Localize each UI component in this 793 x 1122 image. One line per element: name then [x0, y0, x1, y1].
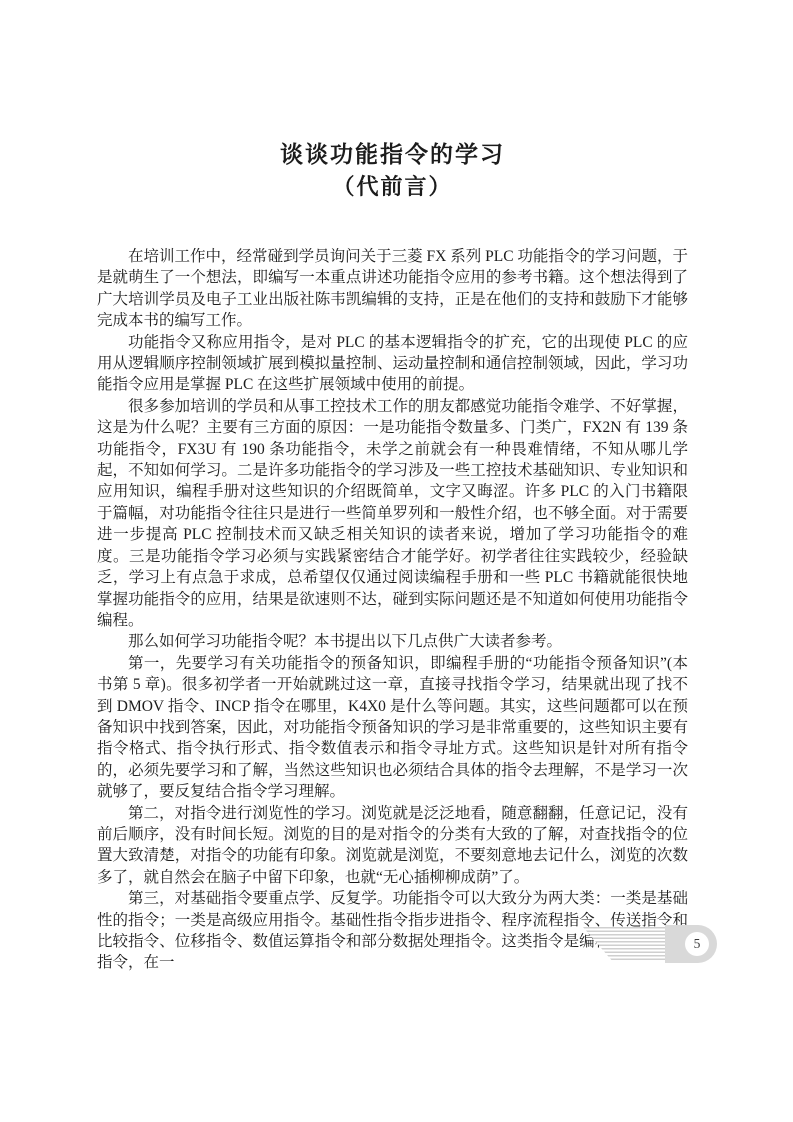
- page-subtitle: （代前言）: [97, 172, 688, 202]
- paragraph-definition: 功能指令又称应用指令，是对 PLC 的基本逻辑指令的扩充，它的出现使 PLC 的…: [97, 332, 688, 396]
- paragraph-point-one: 第一，先要学习有关功能指令的预备知识，即编程手册的“功能指令预备知识”(本书第 …: [97, 653, 688, 803]
- body-text: 在培训工作中，经常碰到学员询问关于三菱 FX 系列 PLC 功能指令的学习问题，…: [97, 246, 688, 974]
- paragraph-difficulties: 很多参加培训的学员和从事工控技术工作的朋友都感觉功能指令难学、不好掌握，这是为什…: [97, 396, 688, 631]
- paragraph-intro: 在培训工作中，经常碰到学员询问关于三菱 FX 系列 PLC 功能指令的学习问题，…: [97, 246, 688, 332]
- chapter-title-block: 谈谈功能指令的学习 （代前言）: [97, 139, 688, 202]
- paragraph-how-to-learn: 那么如何学习功能指令呢？本书提出以下几点供广大读者参考。: [97, 631, 688, 652]
- book-page: 谈谈功能指令的学习 （代前言） 在培训工作中，经常碰到学员询问关于三菱 FX 系…: [0, 0, 793, 1122]
- paragraph-point-two: 第二，对指令进行浏览性的学习。浏览就是泛泛地看，随意翻翻，任意记记，没有前后顺序…: [97, 803, 688, 889]
- page-number: 5: [685, 932, 709, 956]
- page-title: 谈谈功能指令的学习: [97, 139, 688, 169]
